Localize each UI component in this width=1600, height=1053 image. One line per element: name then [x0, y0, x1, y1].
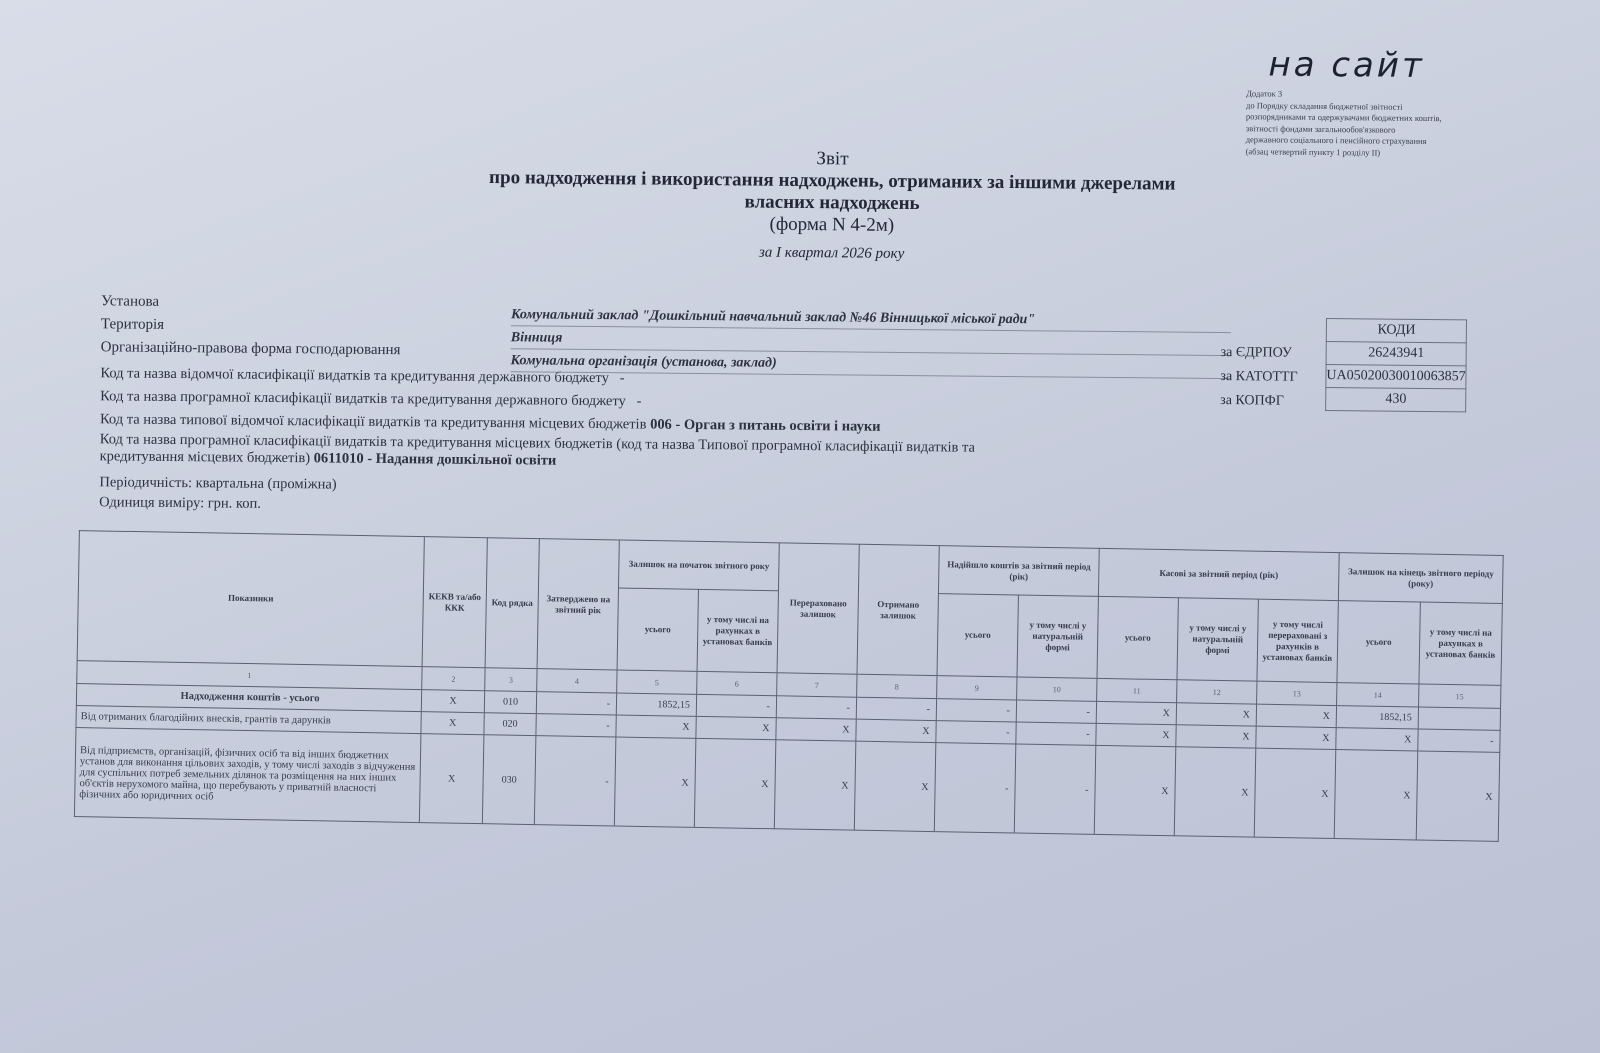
table-cell: X — [1176, 703, 1256, 726]
table-cell: - — [934, 743, 1016, 833]
col-header-balance-end-total: усього — [1337, 601, 1420, 684]
code-label-kopfg: за КОПФГ — [1220, 389, 1297, 414]
table-cell: X — [1336, 728, 1418, 751]
column-number: 15 — [1419, 684, 1501, 708]
table-cell: X — [1174, 747, 1256, 837]
code-katottg: UA05020030010063857 — [1326, 365, 1466, 389]
col-header-cash: Касові за звітний період (рік) — [1098, 548, 1339, 600]
codes-table: КОДИ 26243941 UA05020030010063857 430 — [1325, 318, 1467, 412]
table-cell: - — [696, 694, 776, 717]
table-cell: - — [1016, 700, 1096, 723]
table-cell: X — [856, 719, 936, 742]
column-number: 11 — [1097, 678, 1177, 702]
table-cell: X — [1334, 750, 1418, 840]
table-cell: - — [1418, 729, 1500, 752]
column-number: 4 — [537, 669, 617, 693]
table-cell: - — [776, 696, 856, 719]
table-cell: X — [421, 690, 484, 713]
col-header-received: Отримано залишок — [857, 544, 939, 675]
column-number: 14 — [1337, 683, 1419, 707]
column-number: 13 — [1257, 681, 1337, 705]
table-cell: X — [1096, 723, 1176, 746]
codes-header: КОДИ — [1326, 319, 1466, 343]
col-header-cash-total: усього — [1097, 596, 1178, 679]
table-cell: X — [1254, 748, 1336, 838]
report-metadata: Установа Комунальний заклад "Дошкільний … — [99, 293, 1231, 521]
col-header-kekv: КЕКВ та/або ККК — [422, 537, 487, 668]
table-cell: 1852,15 — [1336, 706, 1418, 729]
table-cell: X — [616, 715, 696, 738]
col-header-incoming: Надійшло коштів за звітний період (рік) — [938, 546, 1099, 597]
row-label: Від підприємств, організацій, фізичних о… — [74, 728, 421, 823]
table-cell: 020 — [484, 713, 536, 736]
annex-line: (абзац четвертий пункту 1 розділу II) — [1246, 146, 1546, 160]
table-cell: X — [614, 737, 696, 827]
report-title: Звіт про надходження і використання надх… — [432, 144, 1233, 268]
code-label-edrpou: за ЄДРПОУ — [1221, 341, 1298, 366]
col-header-balance-start-total: усього — [617, 588, 698, 671]
legal-form-label: Організаційно-правова форма господарюван… — [101, 339, 401, 359]
annex-reference: Додаток 3 до Порядку складання бюджетної… — [1246, 88, 1547, 160]
table-cell: X — [1416, 751, 1500, 841]
col-header-cash-banks: у тому числі перераховані з рахунків в у… — [1257, 599, 1338, 682]
table-cell: X — [694, 738, 776, 828]
table-cell: X — [421, 712, 484, 735]
col-header-balance-start-banks: у тому числі на рахунках в установах бан… — [697, 589, 778, 672]
table-cell: X — [774, 740, 856, 830]
table-cell: 1852,15 — [616, 693, 696, 716]
col-header-cash-kind: у тому числі у натуральній формі — [1177, 598, 1258, 681]
table-cell: X — [1176, 725, 1256, 748]
table-cell: - — [1016, 722, 1096, 745]
code-edrpou: 26243941 — [1326, 342, 1466, 366]
col-header-balance-end-banks: у тому числі на рахунках в установах бан… — [1419, 602, 1502, 685]
column-number: 12 — [1177, 680, 1257, 704]
code-label-katottg: за КАТОТТГ — [1220, 365, 1297, 390]
table-cell: X — [419, 734, 484, 824]
column-number: 9 — [937, 676, 1017, 700]
institution-label: Установа — [101, 293, 159, 311]
handwritten-note: на сайт — [1268, 44, 1425, 85]
table-cell: 010 — [484, 691, 536, 714]
column-number: 2 — [422, 667, 485, 691]
report-table: Показники КЕКВ та/або ККК Код рядка Затв… — [74, 530, 1504, 842]
table-cell: X — [1256, 704, 1336, 727]
table-cell: - — [936, 699, 1016, 722]
table-cell: - — [856, 697, 936, 720]
table-cell: X — [696, 716, 776, 739]
table-cell: - — [1014, 744, 1096, 834]
table-cell: X — [1094, 745, 1176, 835]
column-number: 8 — [857, 674, 937, 698]
column-number: 7 — [777, 673, 857, 697]
table-cell: X — [854, 741, 936, 831]
col-header-incoming-kind: у тому числі у натуральній формі — [1017, 595, 1098, 678]
col-header-balance-start: Залишок на початок звітного року — [618, 540, 779, 591]
column-number: 10 — [1017, 677, 1097, 701]
table-cell — [1418, 707, 1500, 730]
column-number: 3 — [485, 668, 537, 692]
table-cell: - — [536, 714, 616, 737]
table-cell: 030 — [482, 735, 536, 825]
table-cell: - — [534, 736, 616, 826]
table-cell: X — [776, 718, 856, 741]
col-header-transferred: Перераховано залишок — [777, 543, 859, 674]
table-cell: X — [1256, 726, 1336, 749]
col-header-balance-end: Залишок на кінець звітного періоду (року… — [1338, 553, 1503, 604]
document-page: на сайт Додаток 3 до Порядку складання б… — [0, 0, 1600, 1053]
table-cell: X — [1096, 701, 1176, 724]
table-cell: - — [536, 692, 616, 715]
report-period: за I квартал 2026 року — [432, 238, 1232, 268]
code-kopfg: 430 — [1326, 388, 1466, 412]
col-header-approved: Затверджено на звітний рік — [537, 539, 619, 670]
column-number: 6 — [697, 671, 777, 695]
table-cell: - — [936, 721, 1016, 744]
col-header-incoming-total: усього — [937, 594, 1018, 677]
col-header-row-code: Код рядка — [485, 538, 539, 669]
territory-label: Територія — [101, 316, 164, 334]
column-number: 5 — [617, 670, 697, 694]
col-header-indicators: Показники — [77, 531, 424, 667]
